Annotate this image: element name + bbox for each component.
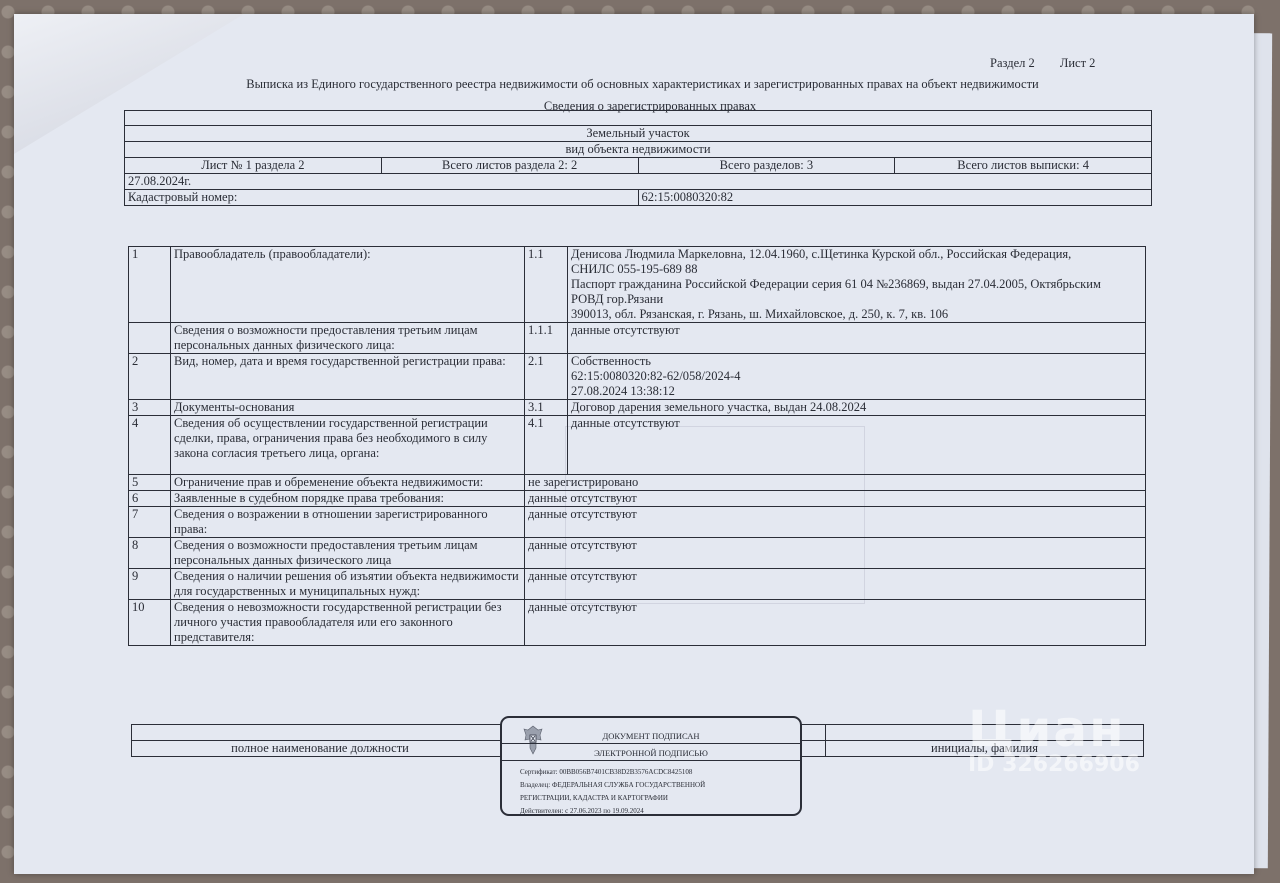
table-row: 1 Правообладатель (правообладатели): 1.1… — [129, 247, 1146, 323]
row-label: Сведения о невозможности государственной… — [171, 600, 525, 646]
row-value: данные отсутствуют — [525, 507, 1146, 538]
stamp-signed-subtitle: ЭЛЕКТРОННОЙ ПОДПИСЬЮ — [502, 748, 800, 761]
right-type: Собственность — [571, 354, 1142, 369]
table-row: 7 Сведения о возражении в отношении заре… — [129, 507, 1146, 538]
watermark-id: ID 326266906 — [968, 752, 1140, 777]
document-title: Выписка из Единого государственного реес… — [0, 77, 1280, 92]
row-number: 5 — [129, 475, 171, 491]
stamp-owner-cont: РЕГИСТРАЦИИ, КАДАСТРА И КАРТОГРАФИИ — [520, 792, 705, 805]
rightholder-passport: Паспорт гражданина Российской Федерации … — [571, 277, 1142, 292]
stamp-certificate: Сертификат: 00BB056B7401CB38D2B3576ACDC8… — [520, 766, 705, 779]
row-value: Договор дарения земельного участка, выда… — [568, 400, 1146, 416]
row-label: Ограничение прав и обременение объекта н… — [171, 475, 525, 491]
watermark: Циан ID 326266906 — [968, 700, 1140, 777]
rightholder-snils: СНИЛС 055-195-689 88 — [571, 262, 1142, 277]
row-number: 9 — [129, 569, 171, 600]
row-number: 2 — [129, 354, 171, 400]
registration-number: 62:15:0080320:82-62/058/2024-4 — [571, 369, 1142, 384]
table-row: 2 Вид, номер, дата и время государственн… — [129, 354, 1146, 400]
rights-table: 1 Правообладатель (правообладатели): 1.1… — [128, 246, 1146, 646]
row-value: не зарегистрировано — [525, 475, 1146, 491]
row-value: данные отсутствуют — [568, 416, 1146, 475]
row-label: Сведения о возражении в отношении зареги… — [171, 507, 525, 538]
cadastral-number: 62:15:0080320:82 — [638, 190, 1152, 206]
row-subnumber: 1.1 — [525, 247, 568, 323]
row-value: данные отсутствуют — [568, 323, 1146, 354]
row-value: данные отсутствуют — [525, 491, 1146, 507]
object-type-label: вид объекта недвижимости — [125, 142, 1152, 158]
sheet-number: Лист 2 — [1060, 56, 1096, 70]
row-subnumber: 4.1 — [525, 416, 568, 475]
section-number: Раздел 2 — [990, 56, 1035, 70]
table-row: 3 Документы-основания 3.1 Договор дарени… — [129, 400, 1146, 416]
row-label: Правообладатель (правообладатели): — [171, 247, 525, 323]
table-row: Сведения о возможности предоставления тр… — [129, 323, 1146, 354]
watermark-brand: Циан — [968, 700, 1140, 758]
row-label: Вид, номер, дата и время государственной… — [171, 354, 525, 400]
stamp-owner: Владелец: ФЕДЕРАЛЬНАЯ СЛУЖБА ГОСУДАРСТВЕ… — [520, 779, 705, 792]
row-number: 3 — [129, 400, 171, 416]
object-type-value: Земельный участок — [125, 126, 1152, 142]
row-subnumber: 2.1 — [525, 354, 568, 400]
object-header-table: Земельный участок вид объекта недвижимос… — [124, 110, 1152, 206]
table-row: 6 Заявленные в судебном порядке права тр… — [129, 491, 1146, 507]
row-label: Сведения о наличии решения об изъятии об… — [171, 569, 525, 600]
total-sheets: Всего листов выписки: 4 — [895, 158, 1152, 174]
total-sections: Всего разделов: 3 — [638, 158, 895, 174]
electronic-signature-stamp: ДОКУМЕНТ ПОДПИСАН ЭЛЕКТРОННОЙ ПОДПИСЬЮ С… — [500, 716, 802, 816]
row-value: данные отсутствуют — [525, 600, 1146, 646]
sheet-no: Лист № 1 раздела 2 — [125, 158, 382, 174]
row-number: 7 — [129, 507, 171, 538]
total-sheets-section: Всего листов раздела 2: 2 — [381, 158, 638, 174]
position-label: полное наименование должности — [132, 741, 509, 757]
row-number — [129, 323, 171, 354]
row-number: 4 — [129, 416, 171, 475]
stamp-validity: Действителен: с 27.06.2023 по 19.09.2024 — [520, 805, 705, 818]
table-row: 4 Сведения об осуществлении государствен… — [129, 416, 1146, 475]
row-label: Документы-основания — [171, 400, 525, 416]
row-number: 8 — [129, 538, 171, 569]
page-locator: Раздел 2 Лист 2 — [990, 56, 1117, 71]
stamp-details: Сертификат: 00BB056B7401CB38D2B3576ACDC8… — [520, 766, 705, 818]
blank-row — [125, 111, 1152, 126]
table-row: 8 Сведения о возможности предоставления … — [129, 538, 1146, 569]
table-row: 9 Сведения о наличии решения об изъятии … — [129, 569, 1146, 600]
registration-datetime: 27.08.2024 13:38:12 — [571, 384, 1142, 399]
table-row: 5 Ограничение прав и обременение объекта… — [129, 475, 1146, 491]
rightholder-value: Денисова Людмила Маркеловна, 12.04.1960,… — [568, 247, 1146, 323]
rightholder-name: Денисова Людмила Маркеловна, 12.04.1960,… — [571, 247, 1142, 262]
cadastral-label: Кадастровый номер: — [125, 190, 639, 206]
stamp-signed-title: ДОКУМЕНТ ПОДПИСАН — [502, 731, 800, 744]
row-subnumber: 3.1 — [525, 400, 568, 416]
row-number: 10 — [129, 600, 171, 646]
row-label: Сведения о возможности предоставления тр… — [171, 538, 525, 569]
row-label: Заявленные в судебном порядке права треб… — [171, 491, 525, 507]
extract-date: 27.08.2024г. — [125, 174, 1152, 190]
row-number: 1 — [129, 247, 171, 323]
row-number: 6 — [129, 491, 171, 507]
registration-value: Собственность 62:15:0080320:82-62/058/20… — [568, 354, 1146, 400]
row-value: данные отсутствуют — [525, 569, 1146, 600]
row-value: данные отсутствуют — [525, 538, 1146, 569]
table-row: 10 Сведения о невозможности государствен… — [129, 600, 1146, 646]
rightholder-address: 390013, обл. Рязанская, г. Рязань, ш. Ми… — [571, 307, 1142, 322]
row-subnumber: 1.1.1 — [525, 323, 568, 354]
rightholder-passport-issuer: РОВД гор.Рязани — [571, 292, 1142, 307]
row-label: Сведения об осуществлении государственно… — [171, 416, 525, 475]
position-blank — [132, 725, 509, 741]
row-label: Сведения о возможности предоставления тр… — [171, 323, 525, 354]
